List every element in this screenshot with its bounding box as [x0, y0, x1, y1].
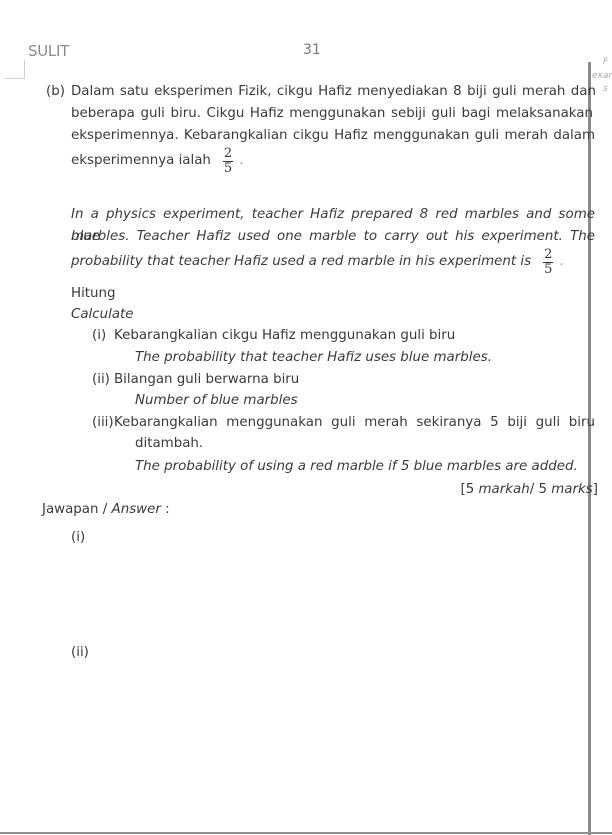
period: .	[559, 251, 563, 273]
answer-colon: :	[165, 502, 170, 517]
subpart-english: The probability of using a red marble if…	[135, 456, 578, 478]
answer-heading: Jawapan / Answer :	[42, 499, 170, 521]
answer-part-label: (ii)	[71, 642, 89, 664]
fraction-numerator: 2	[543, 248, 553, 263]
crop-mark-horizontal	[4, 78, 25, 79]
malay-line: beberapa guli biru. Cikgu Hafiz mengguna…	[71, 103, 593, 125]
malay-last-text: eksperimennya ialah	[71, 150, 211, 172]
page-number: 31	[303, 42, 321, 58]
english-last-text: probability that teacher Hafiz used a re…	[71, 251, 531, 273]
bottom-rule	[0, 832, 612, 834]
subpart-malay-continued: ditambah.	[135, 433, 203, 455]
subpart-malay: Kebarangkalian menggunakan guli merah se…	[114, 412, 595, 434]
answer-label-english: Answer	[112, 502, 161, 517]
subpart-malay: Bilangan guli berwarna biru	[114, 369, 299, 391]
english-last-line: probability that teacher Hafiz used a re…	[71, 245, 564, 279]
part-label: (b)	[46, 81, 65, 103]
instruction-english: Calculate	[71, 304, 134, 326]
marks-malay: markah	[479, 482, 530, 497]
margin-fragment: F	[603, 57, 608, 67]
marks-close: ]	[593, 482, 598, 497]
marks-open: [5	[460, 482, 474, 497]
fraction: 2 5	[543, 248, 553, 277]
answer-label-malay: Jawapan /	[42, 502, 107, 517]
margin-fragment: exam	[592, 71, 612, 81]
marks-allocation: [5 markah/ 5 marks]	[460, 479, 598, 501]
subpart-label: (iii)	[92, 412, 114, 434]
classification-label: SULIT	[28, 42, 69, 60]
fraction-denominator: 5	[544, 263, 552, 277]
fraction-numerator: 2	[223, 147, 233, 162]
subpart-english: The probability that teacher Hafiz uses …	[135, 347, 492, 369]
malay-line: Dalam satu eksperimen Fizik, cikgu Hafiz…	[71, 81, 596, 103]
margin-fragment: s	[603, 84, 608, 94]
period: .	[239, 150, 243, 172]
answer-part-label: (i)	[71, 527, 85, 549]
marks-english: marks	[551, 482, 593, 497]
subpart-label: (ii)	[92, 369, 110, 391]
crop-mark-vertical	[24, 60, 25, 78]
subpart-label: (i)	[92, 325, 106, 347]
marks-separator: / 5	[530, 482, 547, 497]
instruction-malay: Hitung	[71, 283, 116, 305]
fraction-denominator: 5	[224, 162, 232, 176]
subpart-malay: Kebarangkalian cikgu Hafiz menggunakan g…	[114, 325, 455, 347]
subpart-english: Number of blue marbles	[135, 390, 298, 412]
malay-last-line: eksperimennya ialah 2 5 .	[71, 144, 243, 178]
fraction: 2 5	[223, 147, 233, 176]
right-margin-rule	[588, 62, 591, 835]
